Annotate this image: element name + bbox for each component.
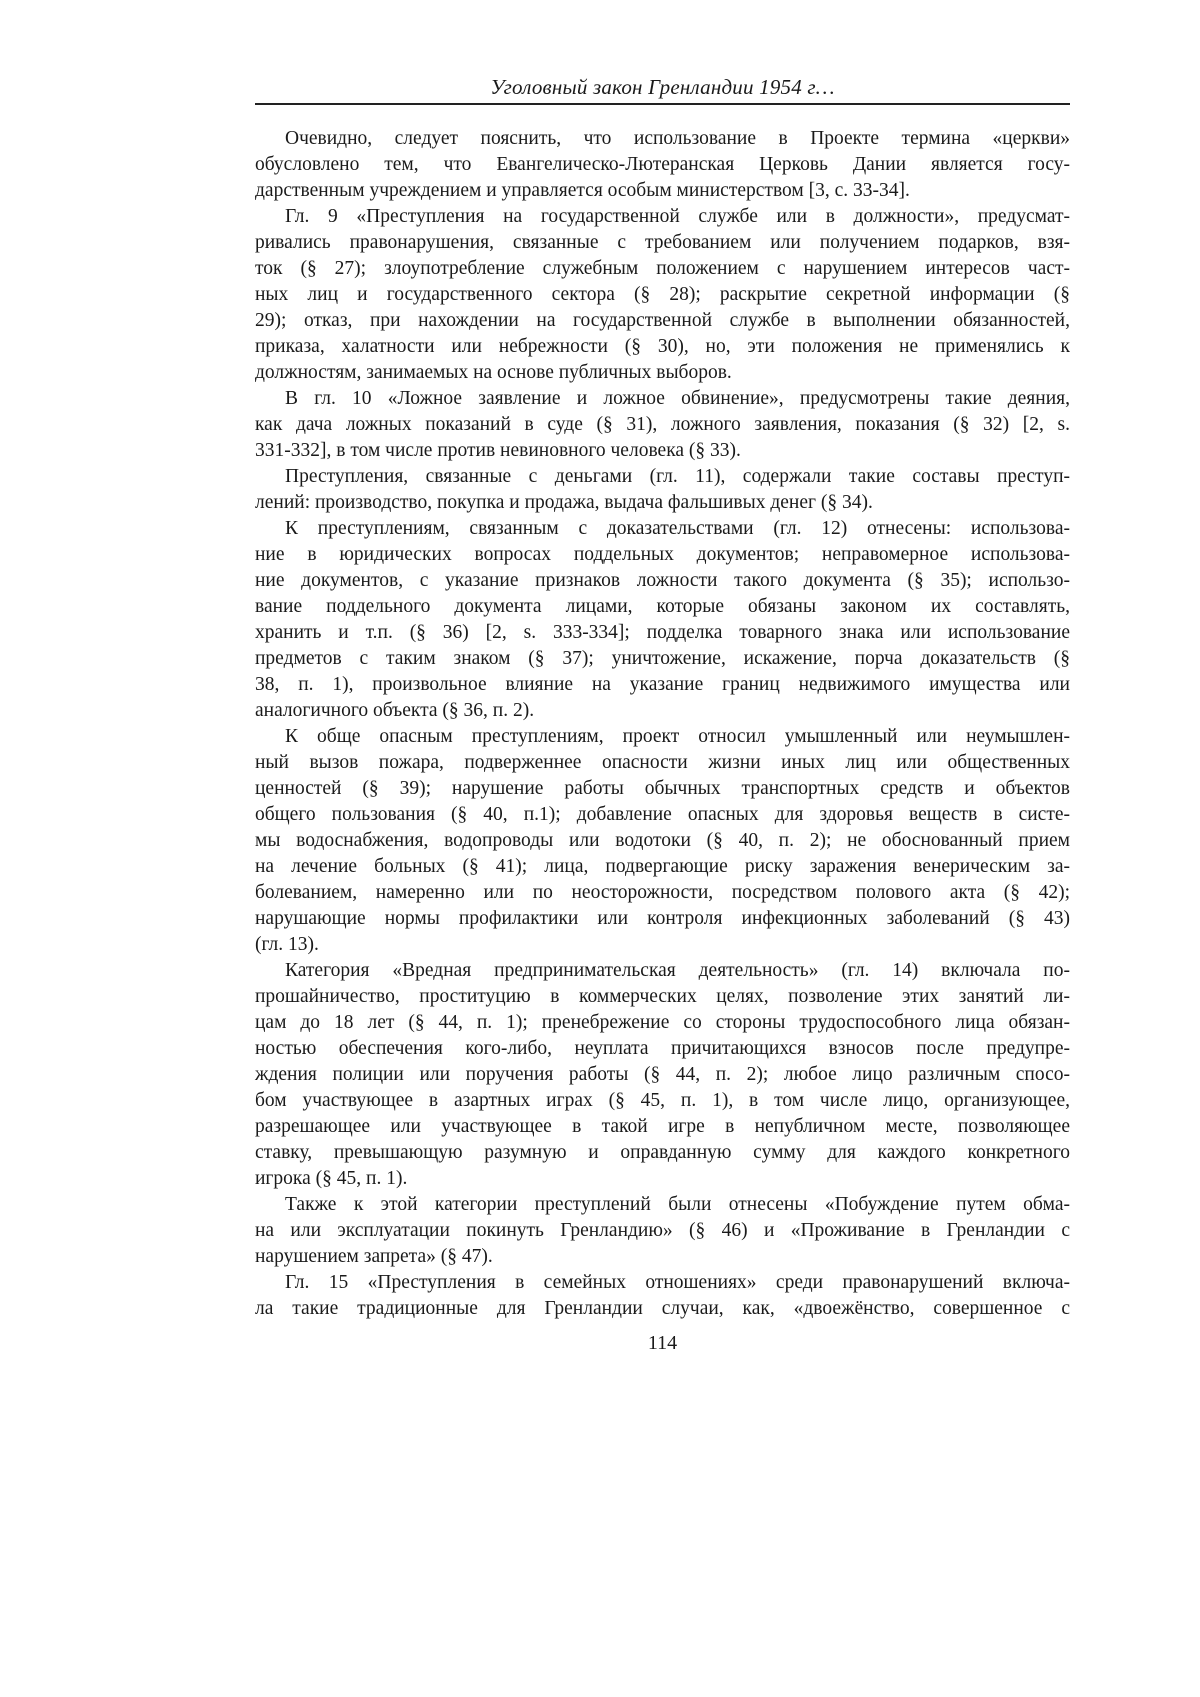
text-line: мы водоснабжения, водопроводы или водото…: [255, 828, 1070, 854]
text-line: как дача ложных показаний в суде (§ 31),…: [255, 412, 1070, 438]
running-header: Уголовный закон Гренландии 1954 г…: [255, 74, 1070, 100]
text-line: должностям, занимаемых на основе публичн…: [255, 360, 1070, 386]
page-number: 114: [255, 1330, 1070, 1356]
text-line: ных лиц и государственного сектора (§ 28…: [255, 282, 1070, 308]
text-line: прошайничество, проституцию в коммерческ…: [255, 984, 1070, 1010]
text-line: К обще опасным преступлениям, проект отн…: [255, 724, 1070, 750]
text-line: В гл. 10 «Ложное заявление и ложное обви…: [255, 386, 1070, 412]
text-line: нарушением запрета» (§ 47).: [255, 1244, 1070, 1270]
text-line: разрешающее или участвующее в такой игре…: [255, 1114, 1070, 1140]
text-line: ставку, превышающую разумную и оправданн…: [255, 1140, 1070, 1166]
text-line: ние в юридических вопросах поддельных до…: [255, 542, 1070, 568]
text-line: Гл. 15 «Преступления в семейных отношени…: [255, 1270, 1070, 1296]
text-line: ценностей (§ 39); нарушение работы обычн…: [255, 776, 1070, 802]
text-line: ние документов, с указание признаков лож…: [255, 568, 1070, 594]
text-line: Также к этой категории преступлений были…: [255, 1192, 1070, 1218]
paragraph: Гл. 9 «Преступления на государственной с…: [255, 204, 1070, 386]
text-line: 29); отказ, при нахождении на государств…: [255, 308, 1070, 334]
text-line: Очевидно, следует пояснить, что использо…: [255, 126, 1070, 152]
text-line: ла такие традиционные для Гренландии слу…: [255, 1296, 1070, 1322]
text-line: (гл. 13).: [255, 932, 1070, 958]
text-line: болеванием, намеренно или по неосторожно…: [255, 880, 1070, 906]
paragraph: К преступлениям, связанным с доказательс…: [255, 516, 1070, 724]
text-line: игрока (§ 45, п. 1).: [255, 1166, 1070, 1192]
text-line: ный вызов пожара, подверженнее опасности…: [255, 750, 1070, 776]
text-line: Категория «Вредная предпринимательская д…: [255, 958, 1070, 984]
text-line: предметов с таким знаком (§ 37); уничтож…: [255, 646, 1070, 672]
paragraph: В гл. 10 «Ложное заявление и ложное обви…: [255, 386, 1070, 464]
text-line: ждения полиции или поручения работы (§ 4…: [255, 1062, 1070, 1088]
text-line: бом участвующее в азартных играх (§ 45, …: [255, 1088, 1070, 1114]
paragraph: Категория «Вредная предпринимательская д…: [255, 958, 1070, 1192]
text-line: цам до 18 лет (§ 44, п. 1); пренебрежени…: [255, 1010, 1070, 1036]
text-line: обусловлено тем, что Евангелическо-Лютер…: [255, 152, 1070, 178]
text-line: общего пользования (§ 40, п.1); добавлен…: [255, 802, 1070, 828]
text-line: приказа, халатности или небрежности (§ 3…: [255, 334, 1070, 360]
text-line: ток (§ 27); злоупотребление служебным по…: [255, 256, 1070, 282]
text-line: дарственным учреждением и управляется ос…: [255, 178, 1070, 204]
paragraph: Гл. 15 «Преступления в семейных отношени…: [255, 1270, 1070, 1322]
paragraph: К обще опасным преступлениям, проект отн…: [255, 724, 1070, 958]
body-text: Очевидно, следует пояснить, что использо…: [255, 126, 1070, 1322]
text-line: ривались правонарушения, связанные с тре…: [255, 230, 1070, 256]
text-line: Гл. 9 «Преступления на государственной с…: [255, 204, 1070, 230]
text-line: на или эксплуатации покинуть Гренландию»…: [255, 1218, 1070, 1244]
paragraph: Преступления, связанные с деньгами (гл. …: [255, 464, 1070, 516]
text-line: лений: производство, покупка и продажа, …: [255, 490, 1070, 516]
text-line: хранить и т.п. (§ 36) [2, s. 333-334]; п…: [255, 620, 1070, 646]
text-line: ностью обеспечения кого-либо, неуплата п…: [255, 1036, 1070, 1062]
text-line: на лечение больных (§ 41); лица, подверг…: [255, 854, 1070, 880]
text-line: аналогичного объекта (§ 36, п. 2).: [255, 698, 1070, 724]
text-line: нарушающие нормы профилактики или контро…: [255, 906, 1070, 932]
paragraph: Очевидно, следует пояснить, что использо…: [255, 126, 1070, 204]
text-line: Преступления, связанные с деньгами (гл. …: [255, 464, 1070, 490]
header-rule: [255, 103, 1070, 105]
paragraph: Также к этой категории преступлений были…: [255, 1192, 1070, 1270]
text-line: 331-332], в том числе против невиновного…: [255, 438, 1070, 464]
text-line: К преступлениям, связанным с доказательс…: [255, 516, 1070, 542]
text-line: вание поддельного документа лицами, кото…: [255, 594, 1070, 620]
text-line: 38, п. 1), произвольное влияние на указа…: [255, 672, 1070, 698]
